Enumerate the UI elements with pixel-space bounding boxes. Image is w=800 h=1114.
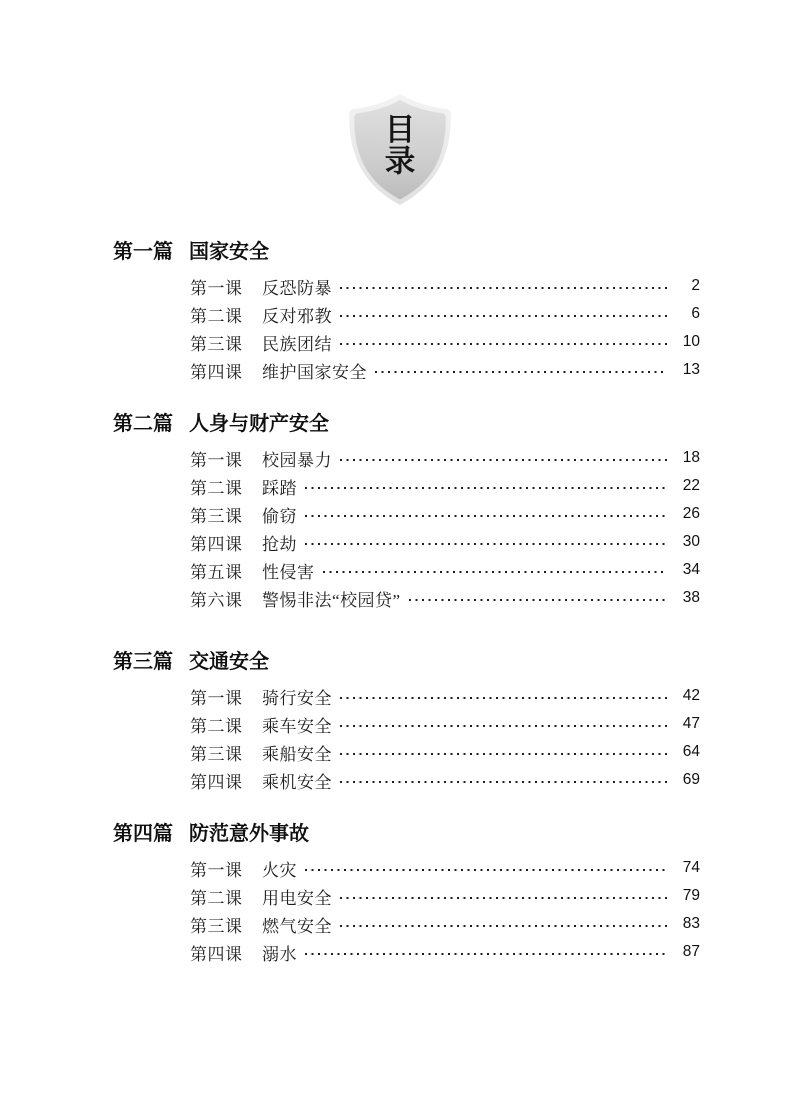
lesson-label: 第三课 [190, 330, 262, 355]
page-number: 10 [676, 333, 700, 351]
toc-entry: 第二课 踩踏 22 [190, 472, 700, 500]
dot-leader [305, 515, 667, 517]
toc-entry: 第五课 性侵害 34 [190, 556, 700, 584]
lesson-label: 第二课 [190, 474, 262, 499]
dot-leader [340, 459, 667, 461]
dot-leader [340, 287, 667, 289]
section-title: 国家安全 [189, 238, 269, 266]
page-number: 22 [676, 477, 700, 495]
page-number: 69 [676, 771, 700, 789]
toc-section: 第四篇 防范意外事故 第一课 火灾 74 第二课 用电安全 79 第三课 燃气安… [113, 820, 700, 966]
toc-section: 第二篇 人身与财产安全 第一课 校园暴力 18 第二课 踩踏 22 第三课 偷窃… [113, 410, 700, 612]
lesson-title: 用电安全 [262, 884, 340, 909]
dot-leader [409, 599, 667, 601]
toc-entry: 第二课 乘车安全 47 [190, 710, 700, 738]
toc-entry: 第四课 乘机安全 69 [190, 766, 700, 794]
dot-leader [340, 315, 667, 317]
dot-leader [340, 897, 667, 899]
toc-page: 目 录 第一篇 国家安全 第一课 反恐防暴 2 第二课 反对邪教 6 第三课 民… [0, 0, 800, 1114]
page-number: 64 [676, 743, 700, 761]
dot-leader [340, 725, 667, 727]
toc-entry: 第四课 抢劫 30 [190, 528, 700, 556]
section-label: 第一篇 [113, 238, 173, 266]
toc-entry: 第四课 溺水 87 [190, 938, 700, 966]
section-title: 人身与财产安全 [189, 410, 329, 438]
section-header: 第四篇 防范意外事故 [113, 820, 700, 848]
section-header: 第二篇 人身与财产安全 [113, 410, 700, 438]
lesson-title: 警惕非法“校园贷” [262, 586, 409, 611]
lesson-title: 踩踏 [262, 474, 305, 499]
dot-leader [323, 571, 668, 573]
page-number: 13 [676, 361, 700, 379]
lesson-label: 第一课 [190, 446, 262, 471]
lesson-title: 性侵害 [262, 558, 323, 583]
page-number: 38 [676, 589, 700, 607]
lesson-title: 乘船安全 [262, 740, 340, 765]
dot-leader [375, 371, 667, 373]
toc-entry: 第三课 燃气安全 83 [190, 910, 700, 938]
section-label: 第二篇 [113, 410, 173, 438]
page-number: 6 [676, 305, 700, 323]
section-title: 防范意外事故 [189, 820, 309, 848]
dot-leader [340, 781, 667, 783]
toc-section: 第三篇 交通安全 第一课 骑行安全 42 第二课 乘车安全 47 第三课 乘船安… [113, 648, 700, 794]
lesson-list: 第一课 火灾 74 第二课 用电安全 79 第三课 燃气安全 83 第四课 溺水… [190, 854, 700, 966]
lesson-label: 第三课 [190, 912, 262, 937]
page-number: 2 [676, 277, 700, 295]
lesson-label: 第二课 [190, 884, 262, 909]
toc-sections: 第一篇 国家安全 第一课 反恐防暴 2 第二课 反对邪教 6 第三课 民族团结 … [113, 238, 700, 966]
dot-leader [340, 925, 667, 927]
dot-leader [305, 487, 667, 489]
toc-entry: 第二课 用电安全 79 [190, 882, 700, 910]
lesson-title: 乘机安全 [262, 768, 340, 793]
page-number: 26 [676, 505, 700, 523]
page-number: 83 [676, 915, 700, 933]
lesson-title: 偷窃 [262, 502, 305, 527]
toc-entry: 第四课 维护国家安全 13 [190, 356, 700, 384]
lesson-title: 溺水 [262, 940, 305, 965]
toc-entry: 第一课 骑行安全 42 [190, 682, 700, 710]
toc-entry: 第三课 乘船安全 64 [190, 738, 700, 766]
section-header: 第一篇 国家安全 [113, 238, 700, 266]
lesson-title: 反对邪教 [262, 302, 340, 327]
page-number: 30 [676, 533, 700, 551]
lesson-label: 第四课 [190, 768, 262, 793]
dot-leader [305, 953, 667, 955]
page-number: 74 [676, 859, 700, 877]
lesson-title: 火灾 [262, 856, 305, 881]
lesson-title: 乘车安全 [262, 712, 340, 737]
section-title: 交通安全 [189, 648, 269, 676]
lesson-label: 第二课 [190, 302, 262, 327]
section-header: 第三篇 交通安全 [113, 648, 700, 676]
dot-leader [340, 697, 667, 699]
lesson-title: 校园暴力 [262, 446, 340, 471]
dot-leader [305, 543, 667, 545]
page-number: 87 [676, 943, 700, 961]
page-number: 47 [676, 715, 700, 733]
lesson-label: 第四课 [190, 940, 262, 965]
lesson-label: 第三课 [190, 740, 262, 765]
section-label: 第三篇 [113, 648, 173, 676]
lesson-list: 第一课 校园暴力 18 第二课 踩踏 22 第三课 偷窃 26 第四课 抢劫 3… [190, 444, 700, 612]
page-number: 18 [676, 449, 700, 467]
page-number: 79 [676, 887, 700, 905]
lesson-label: 第五课 [190, 558, 262, 583]
lesson-label: 第四课 [190, 358, 262, 383]
lesson-title: 反恐防暴 [262, 274, 340, 299]
toc-entry: 第二课 反对邪教 6 [190, 300, 700, 328]
toc-entry: 第一课 火灾 74 [190, 854, 700, 882]
lesson-label: 第六课 [190, 586, 262, 611]
lesson-title: 抢劫 [262, 530, 305, 555]
lesson-label: 第三课 [190, 502, 262, 527]
badge-char-bottom: 录 [385, 144, 416, 178]
page-number: 34 [676, 561, 700, 579]
lesson-title: 骑行安全 [262, 684, 340, 709]
lesson-list: 第一课 反恐防暴 2 第二课 反对邪教 6 第三课 民族团结 10 第四课 维护… [190, 272, 700, 384]
section-label: 第四篇 [113, 820, 173, 848]
badge-char-top: 目 [385, 113, 416, 147]
lesson-label: 第一课 [190, 856, 262, 881]
lesson-title: 维护国家安全 [262, 358, 375, 383]
toc-entry: 第一课 反恐防暴 2 [190, 272, 700, 300]
lesson-label: 第四课 [190, 530, 262, 555]
dot-leader [305, 869, 667, 871]
lesson-title: 燃气安全 [262, 912, 340, 937]
toc-entry: 第一课 校园暴力 18 [190, 444, 700, 472]
lesson-label: 第一课 [190, 274, 262, 299]
toc-entry: 第三课 民族团结 10 [190, 328, 700, 356]
lesson-title: 民族团结 [262, 330, 340, 355]
lesson-label: 第一课 [190, 684, 262, 709]
lesson-label: 第二课 [190, 712, 262, 737]
dot-leader [340, 753, 667, 755]
toc-section: 第一篇 国家安全 第一课 反恐防暴 2 第二课 反对邪教 6 第三课 民族团结 … [113, 238, 700, 384]
toc-entry: 第三课 偷窃 26 [190, 500, 700, 528]
dot-leader [340, 343, 667, 345]
toc-entry: 第六课 警惕非法“校园贷” 38 [190, 584, 700, 612]
page-number: 42 [676, 687, 700, 705]
toc-badge: 目 录 [344, 92, 456, 208]
lesson-list: 第一课 骑行安全 42 第二课 乘车安全 47 第三课 乘船安全 64 第四课 … [190, 682, 700, 794]
